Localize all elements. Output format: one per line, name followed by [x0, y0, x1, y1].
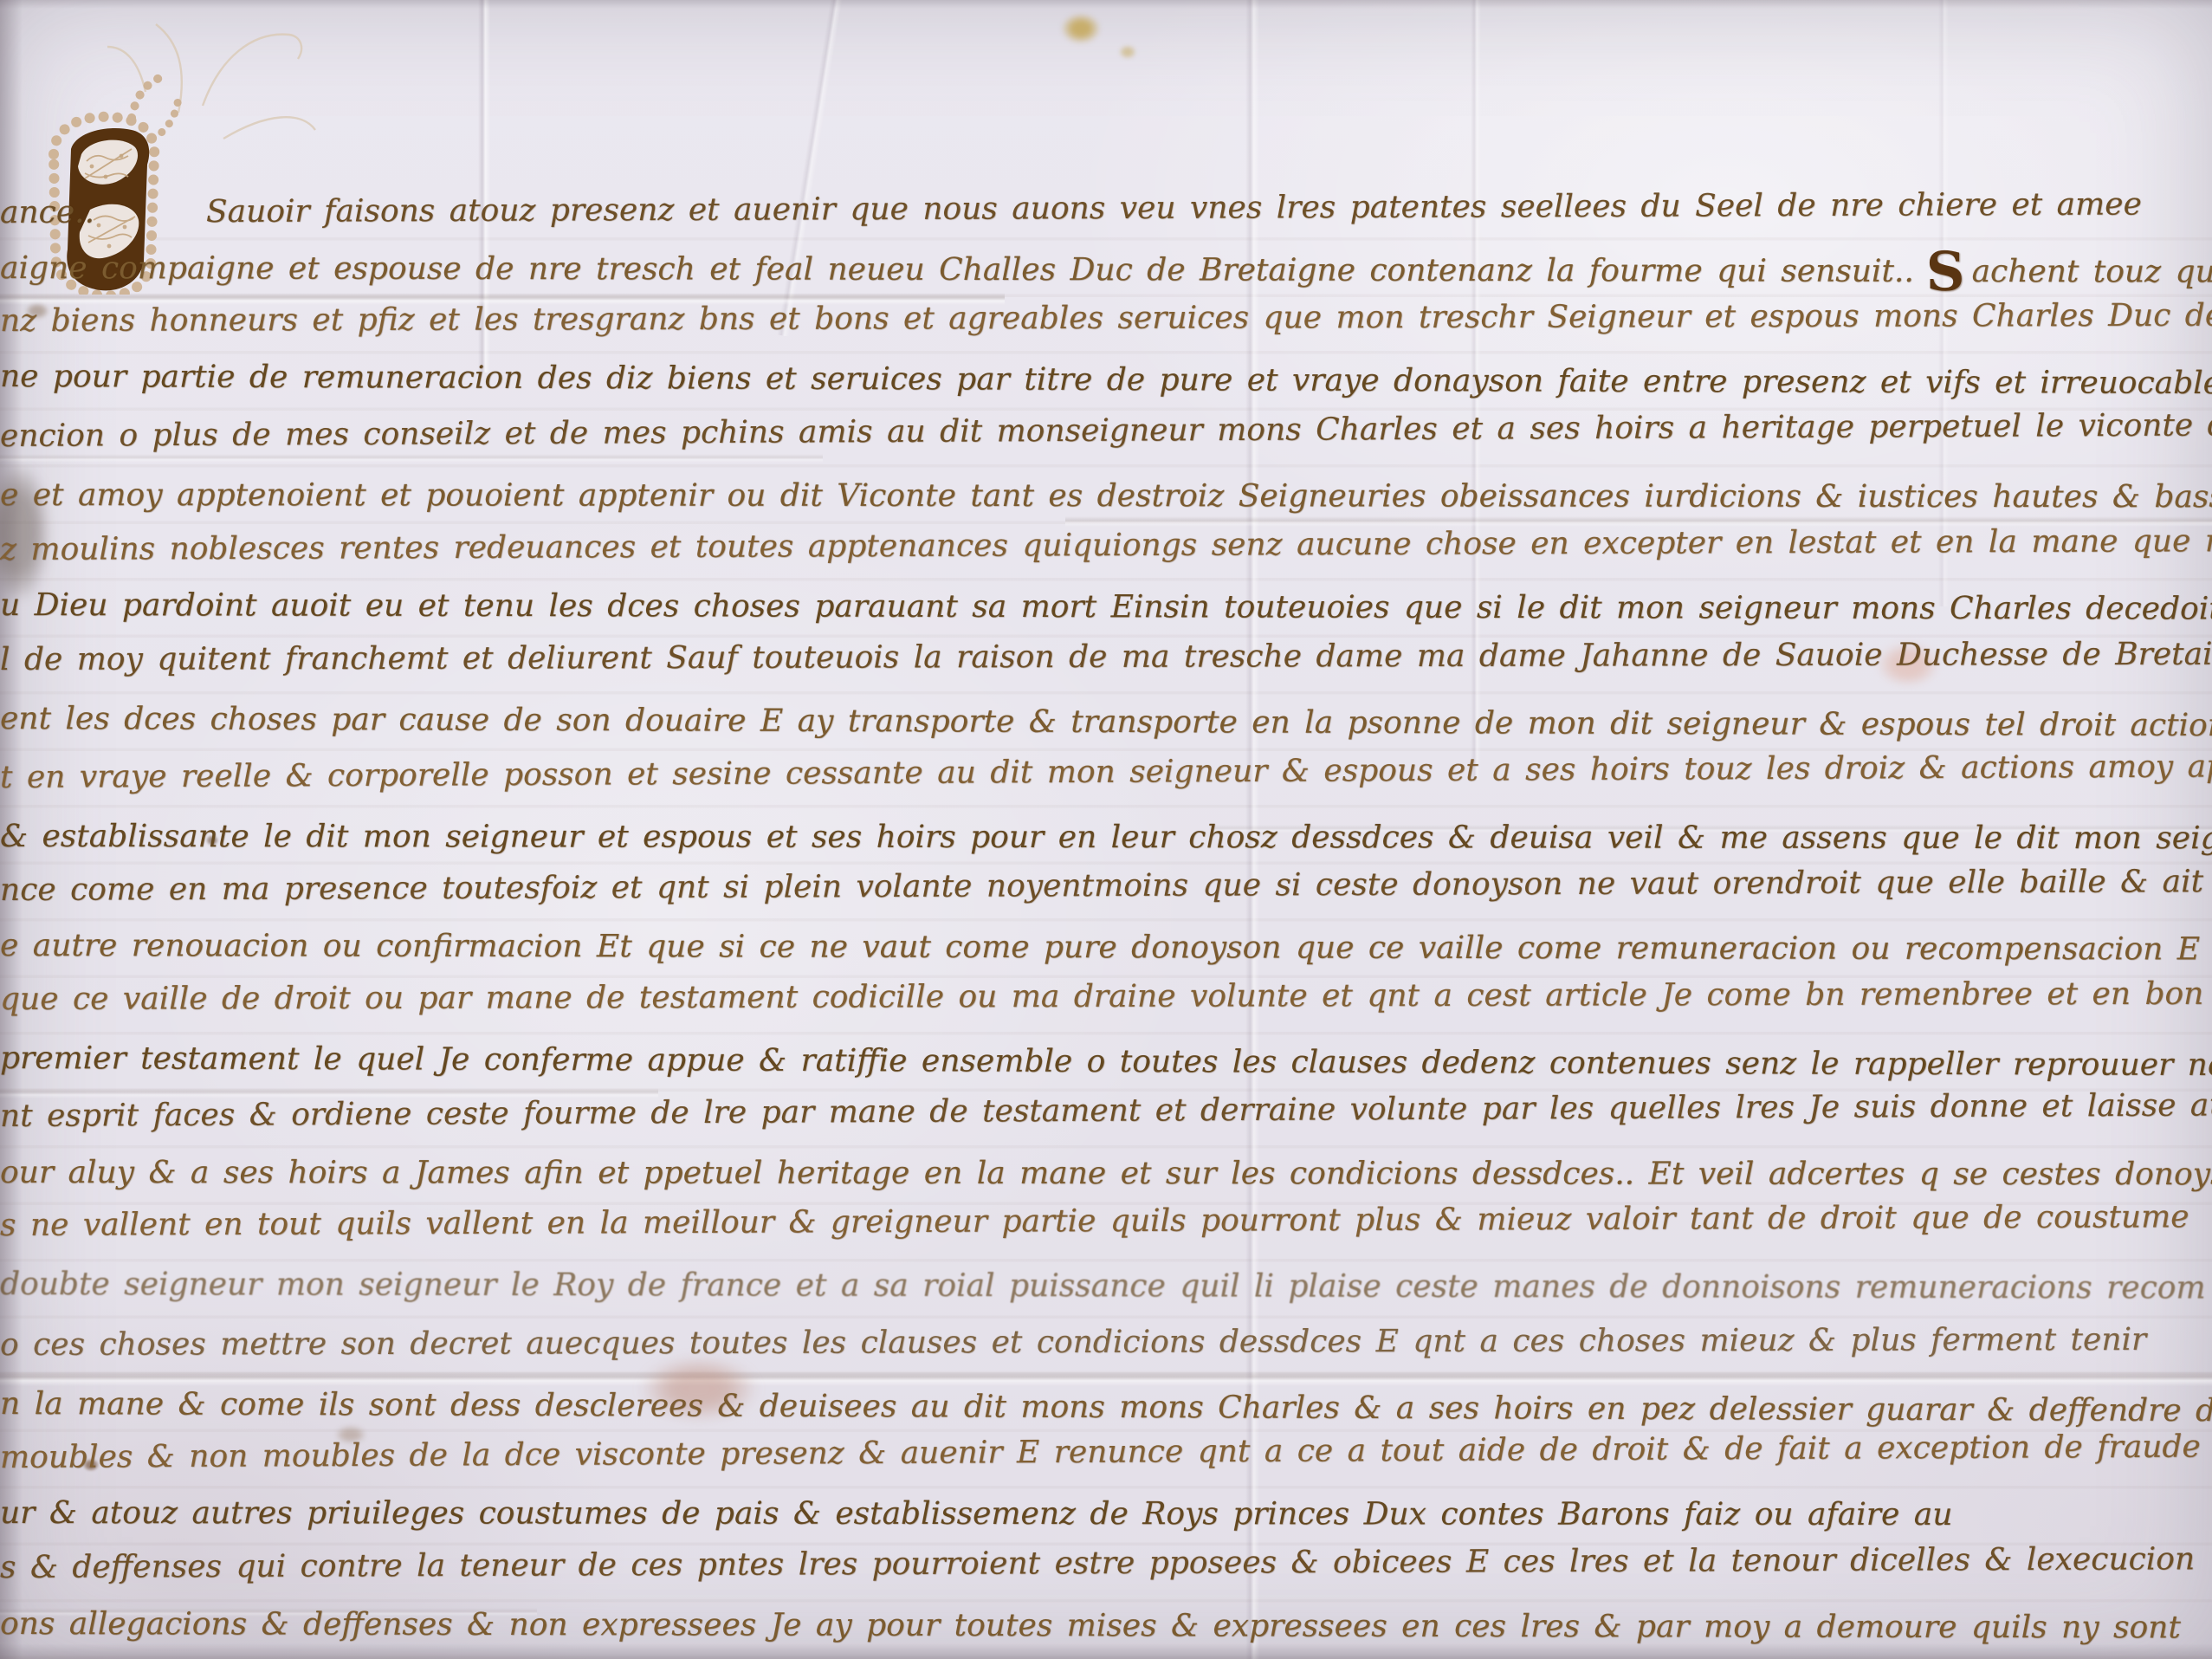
line-text: u Dieu pardoint auoit eu et tenu les dce…	[0, 587, 2212, 626]
manuscript-line: t en vraye reelle & corporelle posson et…	[0, 742, 2212, 809]
manuscript-text-block: ance..Sauoir faisons atouz presenz et au…	[0, 0, 2212, 1659]
manuscript-line: o ces choses mettre son decret auecques …	[0, 1316, 2146, 1377]
line-text: e et amoy apptenoient et pouoient appten…	[0, 477, 2212, 515]
manuscript-line: nt esprit faces & ordiene ceste fourme d…	[0, 1081, 2212, 1148]
manuscript-line: nce come en ma presence toutesfoiz et qn…	[0, 858, 2212, 922]
manuscript-line: que ce vaille de droit ou par mane de te…	[0, 970, 2212, 1031]
line-text: l de moy quitent franchemt et deliurent …	[0, 637, 2212, 677]
manuscript-line: l de moy quitent franchemt et deliurent …	[0, 631, 2212, 691]
manuscript-line: s & deffenses qui contre la teneur de ce…	[0, 1535, 2195, 1599]
line-text: e autre renouacion ou confirmacion Et qu…	[0, 928, 2200, 967]
line-text: nce come en ma presence toutesfoiz et qn…	[0, 864, 2212, 908]
line-text: ur & atouz autres priuileges coustumes d…	[0, 1495, 1952, 1533]
manuscript-line: nz biens honneurs et pfiz et les tresgra…	[0, 291, 2212, 353]
line-text: n la mane & come ils sont dess descleree…	[0, 1386, 2212, 1429]
line-left-fragment: ance..	[0, 188, 206, 237]
line-text: our aluy & a ses hoirs a James afin et p…	[0, 1155, 2212, 1192]
line-text: achent touz que	[1972, 253, 2212, 289]
manuscript-line: ance..Sauoir faisons atouz presenz et au…	[0, 181, 2142, 244]
manuscript-line: s ne vallent en tout quils vallent en la…	[0, 1193, 2189, 1257]
line-text: ne pour partie de remuneracion des diz b…	[0, 359, 2212, 401]
manuscript-line: moubles & non moubles de la dce visconte…	[0, 1423, 2201, 1489]
line-text: z moulins noblesces rentes redeuances et…	[0, 523, 2212, 567]
manuscript-line: z moulins noblesces rentes redeuances et…	[0, 517, 2212, 581]
line-text: Sauoir faisons atouz presenz et auenir q…	[206, 187, 2142, 230]
line-text: encion o plus de mes conseilz et de mes …	[0, 406, 2212, 454]
line-text: ent les dces choses par cause de son dou…	[0, 701, 2212, 744]
line-text: doubte seigneur mon seigneur le Roy de f…	[0, 1267, 2206, 1306]
line-text: s ne vallent en tout quils vallent en la…	[0, 1199, 2189, 1243]
line-text: & establissante le dit mon seigneur et e…	[0, 819, 2212, 856]
line-text: aigne compaigne et espouse de nre tresch…	[0, 250, 1914, 289]
line-text: t en vraye reelle & corporelle posson et…	[0, 748, 2212, 795]
line-text: nz biens honneurs et pfiz et les tresgra…	[0, 297, 2212, 339]
line-text: premier testament le quel Je conferme ap…	[0, 1040, 2212, 1083]
manuscript-line: ons allegacions & deffenses & non expres…	[0, 1600, 2181, 1659]
manuscript-line: encion o plus de mes conseilz et de mes …	[0, 400, 2212, 468]
line-text: que ce vaille de droit ou par mane de te…	[0, 976, 2212, 1017]
line-text: ons allegacions & deffenses & non expres…	[0, 1606, 2181, 1645]
line-text: s & deffenses qui contre la teneur de ce…	[0, 1541, 2195, 1585]
line-text: o ces choses mettre son decret auecques …	[0, 1322, 2146, 1363]
manuscript-line: doubte seigneur mon seigneur le Roy de f…	[0, 1260, 2206, 1319]
parchment-page: ance..Sauoir faisons atouz presenz et au…	[0, 0, 2212, 1659]
line-text: moubles & non moubles de la dce visconte…	[0, 1429, 2201, 1475]
line-text: nt esprit faces & ordiene ceste fourme d…	[0, 1087, 2212, 1134]
